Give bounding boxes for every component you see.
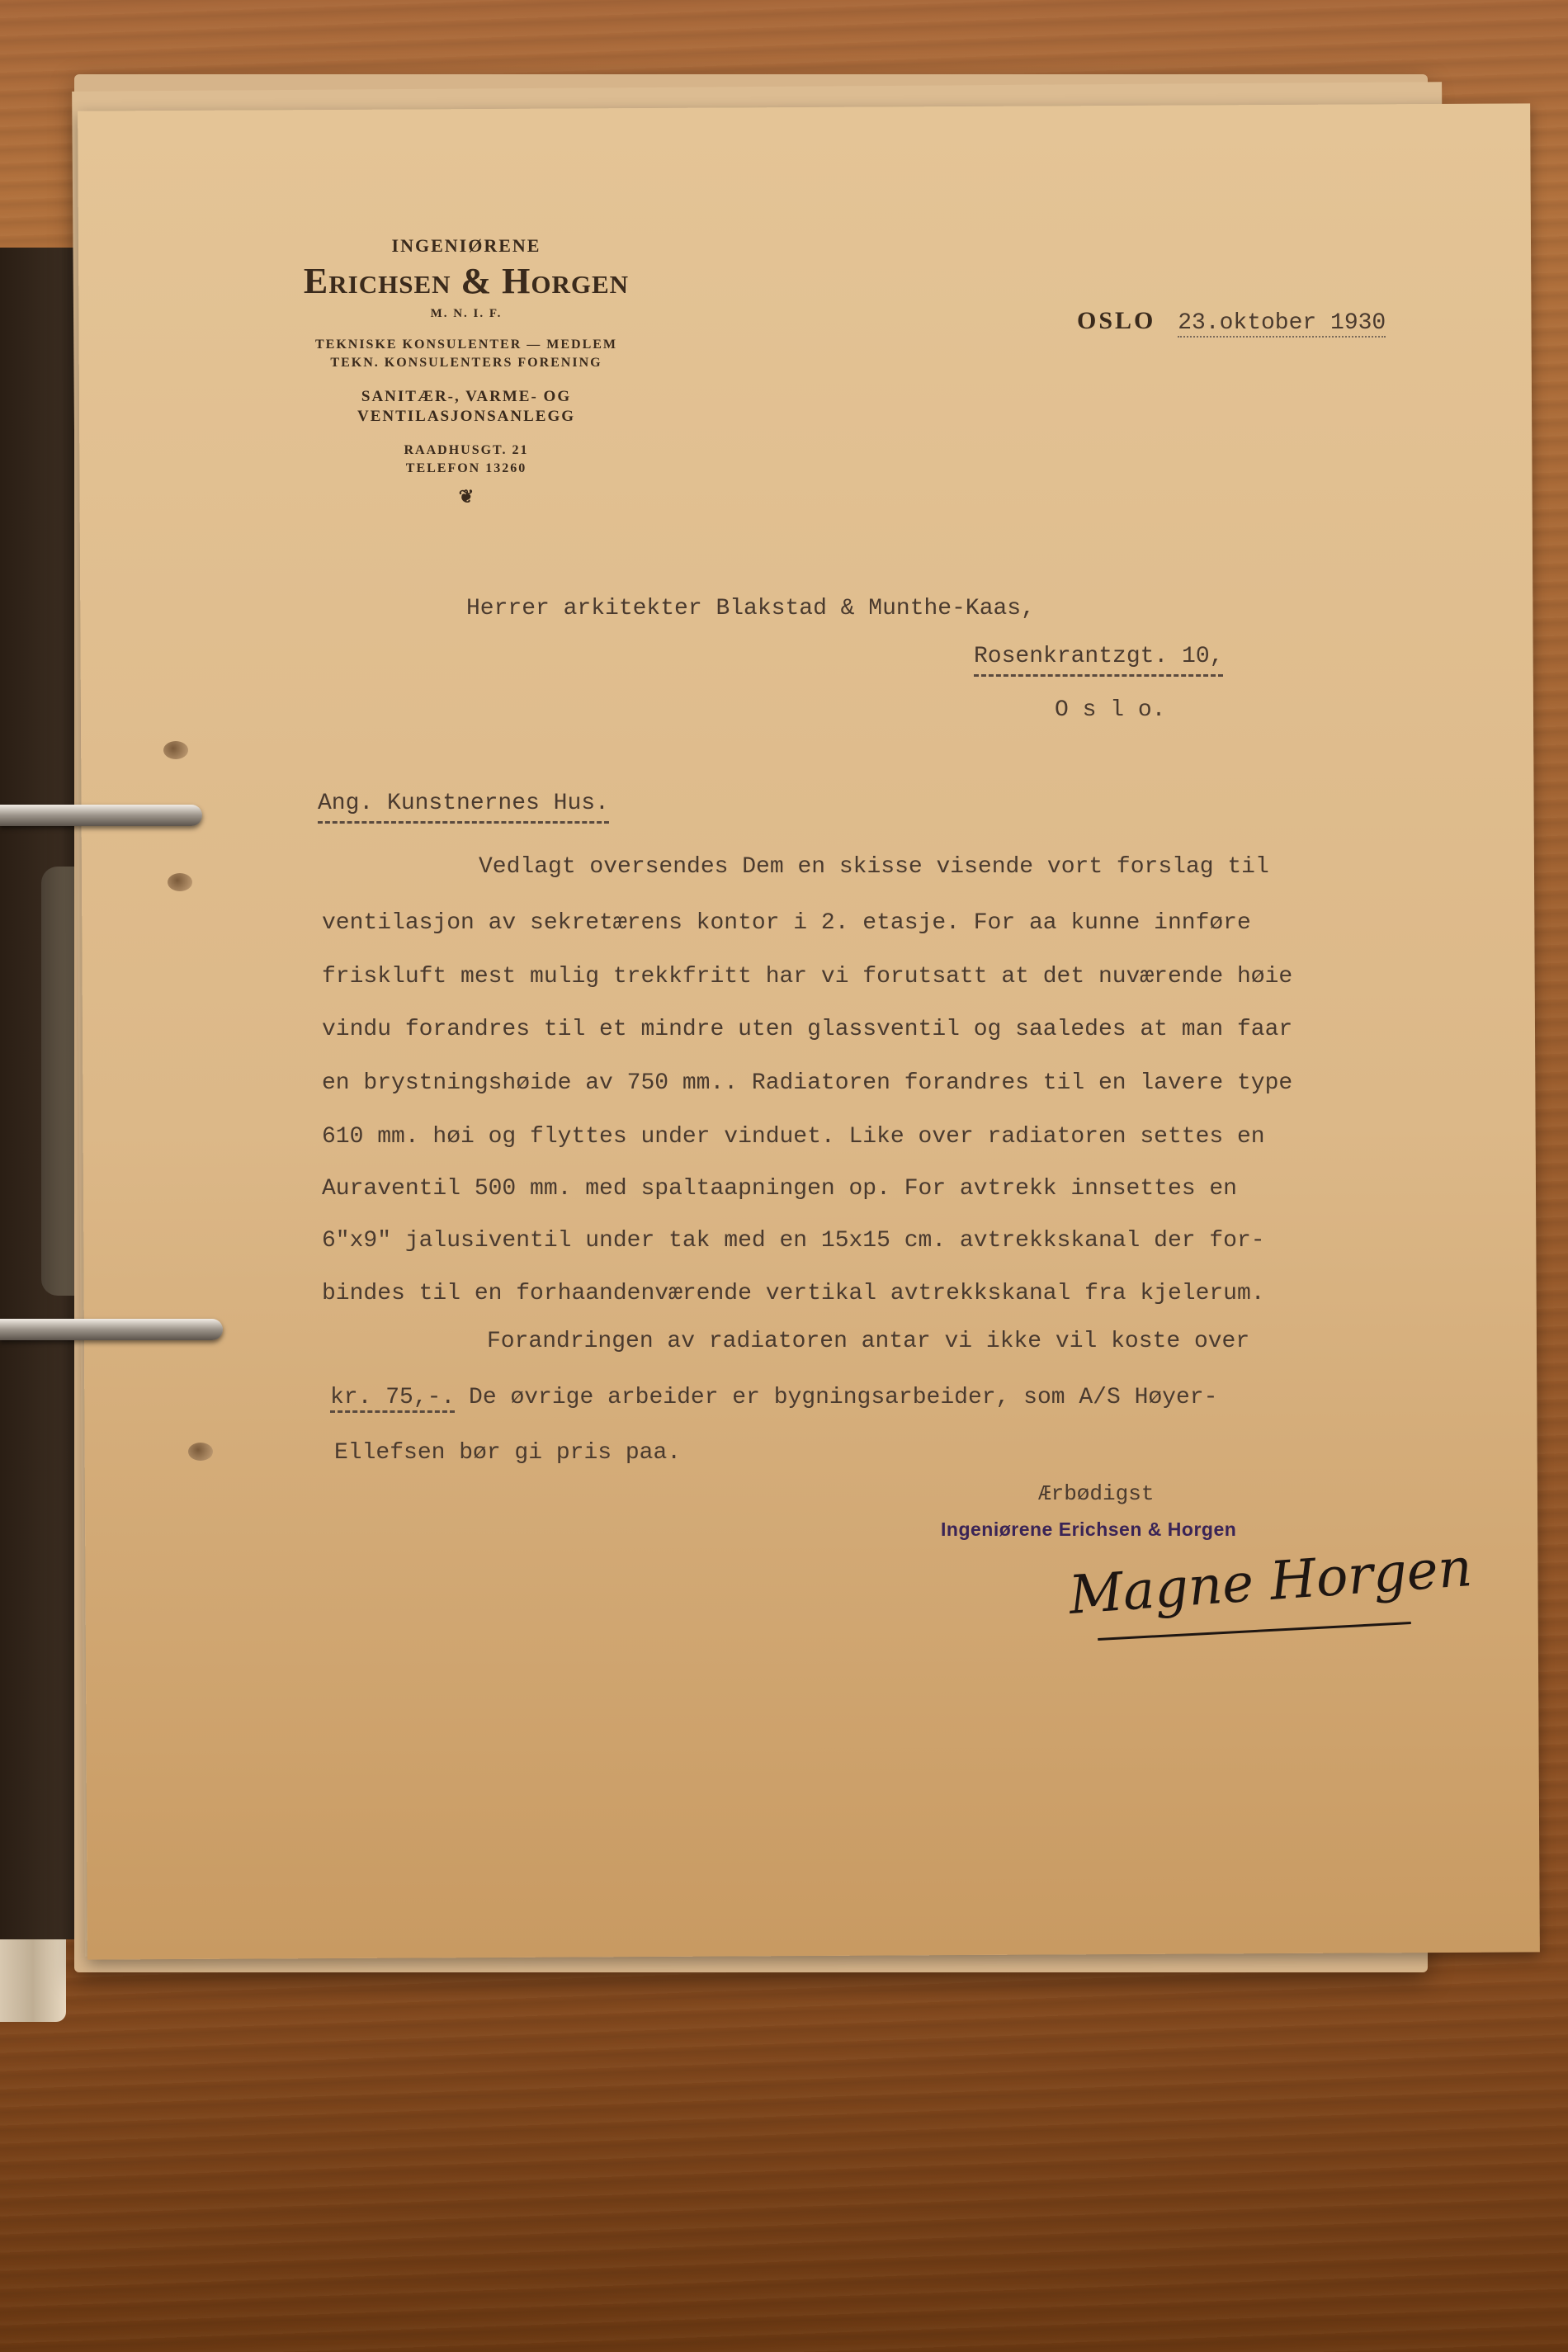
binder-ring-top bbox=[0, 805, 202, 826]
body-line: Ellefsen bør gi pris paa. bbox=[334, 1440, 681, 1466]
leaf-ornament-icon: ❦ bbox=[223, 486, 710, 508]
closing-salutation: Ærbødigst bbox=[1038, 1481, 1154, 1506]
firm-name: Erichsen & Horgen bbox=[223, 260, 710, 302]
body-line: Auraventil 500 mm. med spaltaapningen op… bbox=[322, 1176, 1237, 1202]
recipient-street: Rosenkrantzgt. 10, bbox=[974, 644, 1223, 677]
cost-amount: kr. 75,-. bbox=[330, 1385, 455, 1413]
firm-address: RAADHUSGT. 21 bbox=[223, 442, 710, 460]
punch-hole bbox=[188, 1443, 213, 1461]
body-line: 6"x9" jalusiventil under tak med en 15x1… bbox=[322, 1228, 1265, 1254]
body-line: en brystningshøide av 750 mm.. Radiatore… bbox=[322, 1070, 1292, 1096]
date-city: OSLO bbox=[1077, 307, 1155, 334]
services-1: SANITÆR-, VARME- OG bbox=[223, 387, 710, 407]
letterhead: INGENIØRENE Erichsen & Horgen M. N. I. F… bbox=[223, 235, 710, 508]
subject-line: Ang. Kunstnernes Hus. bbox=[318, 791, 609, 824]
letterhead-prefix: INGENIØRENE bbox=[223, 235, 710, 257]
company-stamp: Ingeniørene Erichsen & Horgen bbox=[941, 1518, 1236, 1541]
firm-phone: TELEFON 13260 bbox=[223, 460, 710, 478]
date-line: OSLO 23.oktober 1930 bbox=[1077, 307, 1386, 336]
date-value: 23.oktober 1930 bbox=[1178, 310, 1386, 338]
body-line: Vedlagt oversendes Dem en skisse visende… bbox=[322, 854, 1269, 880]
body-line-text: De øvrige arbeider er bygningsarbeider, … bbox=[469, 1385, 1217, 1410]
body-line-amount: kr. 75,-. De øvrige arbeider er bygnings… bbox=[330, 1385, 1217, 1410]
punch-hole bbox=[163, 741, 188, 759]
body-line: Forandringen av radiatoren antar vi ikke… bbox=[330, 1329, 1249, 1354]
body-line: bindes til en forhaandenværende vertikal… bbox=[322, 1281, 1265, 1306]
tagline-1: TEKNISKE KONSULENTER — MEDLEM bbox=[223, 336, 710, 354]
tagline-2: TEKN. KONSULENTERS FORENING bbox=[223, 354, 710, 372]
body-line: 610 mm. høi og flyttes under vinduet. Li… bbox=[322, 1124, 1265, 1150]
binder-ring-bottom bbox=[0, 1319, 223, 1340]
body-line: friskluft mest mulig trekkfritt har vi f… bbox=[322, 964, 1292, 989]
punch-hole bbox=[168, 873, 192, 891]
membership: M. N. I. F. bbox=[223, 307, 710, 321]
body-line: ventilasjon av sekretærens kontor i 2. e… bbox=[322, 910, 1251, 936]
services-2: VENTILASJONSANLEGG bbox=[223, 407, 710, 427]
recipient-city: O s l o. bbox=[1055, 697, 1165, 723]
body-line: vindu forandres til et mindre uten glass… bbox=[322, 1017, 1292, 1042]
recipient-name: Herrer arkitekter Blakstad & Munthe-Kaas… bbox=[466, 596, 1035, 621]
